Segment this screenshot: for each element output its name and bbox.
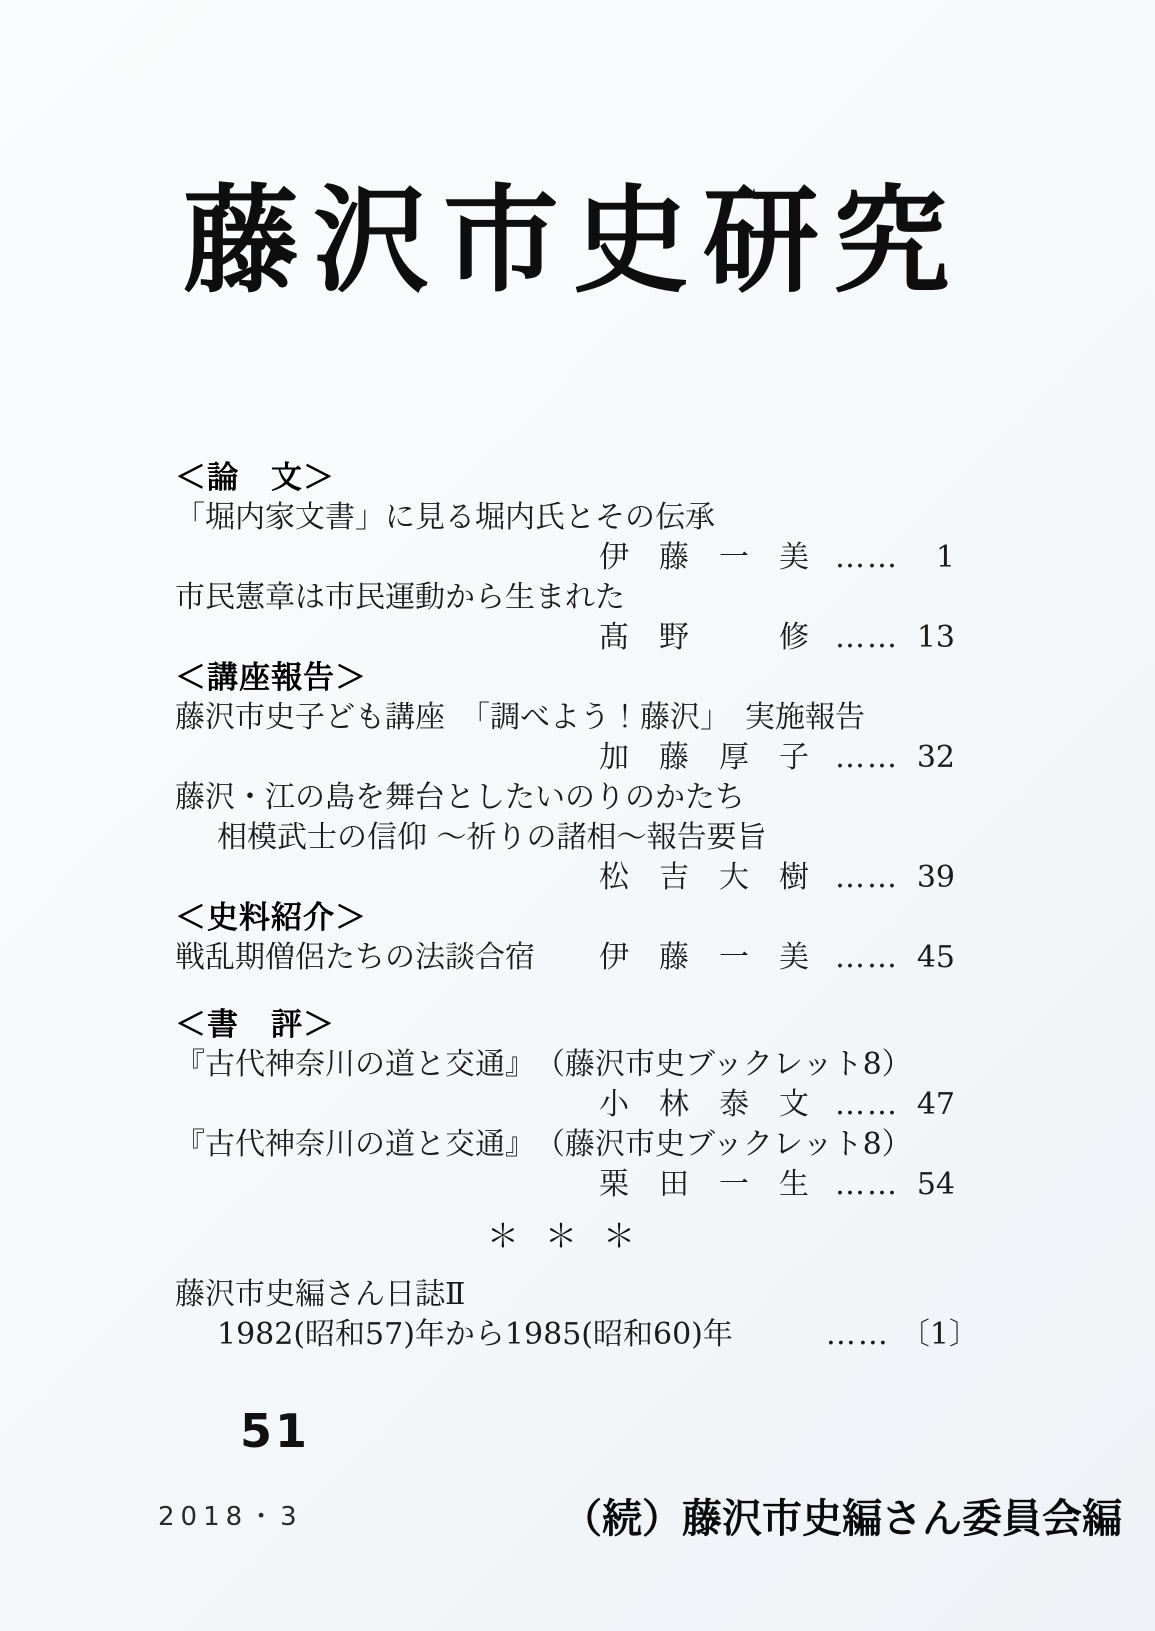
dot-leader: …… [835, 938, 899, 978]
dot-leader: …… [835, 618, 899, 658]
publisher-credit: （続）藤沢市史編さん委員会編 [562, 1487, 1122, 1544]
toc-entry-subtitle: 相模武士の信仰 ～祈りの諸相～報告要旨 [175, 818, 955, 858]
toc-entry-title: 『古代神奈川の道と交通』 （藤沢市史ブックレット8） [175, 1045, 955, 1085]
toc-entry-author-line: 松 吉 大 樹 …… 39 [175, 858, 955, 898]
dot-leader: …… [835, 738, 899, 778]
dot-leader: …… [835, 858, 899, 898]
page-number: 45 [909, 938, 955, 978]
author-name: 松 吉 大 樹 [599, 858, 809, 898]
author-name: 髙 野 修 [599, 618, 809, 658]
section-header-historical-materials: ＜史料紹介＞ [175, 898, 955, 938]
page-title: 藤沢市史研究 [183, 148, 963, 315]
separator-asterisks: ＊ ＊ ＊ [175, 1216, 955, 1256]
journal-cover-page: 藤沢市史研究 ＜論 文＞ 「堀内家文書」に見る堀内氏とその伝承 伊 藤 一 美 … [0, 0, 1155, 1631]
section-header-book-reviews: ＜書 評＞ [175, 1005, 955, 1045]
toc-entry-author-line: 小 林 泰 文 …… 47 [175, 1085, 955, 1125]
page-number: 〔1〕 [900, 1315, 979, 1355]
section-header-lecture-reports: ＜講座報告＞ [175, 658, 955, 698]
page-number: 54 [909, 1165, 955, 1205]
author-name: 伊 藤 一 美 [599, 538, 809, 578]
appendix-title: 藤沢市史編さん日誌Ⅱ [175, 1275, 955, 1315]
toc-entry-author-line: 加 藤 厚 子 …… 32 [175, 738, 955, 778]
issue-date: 2018・3 [158, 1496, 303, 1533]
dot-leader: …… [835, 538, 899, 578]
toc-entry-title: 藤沢・江の島を舞台としたいのりのかたち [175, 778, 955, 818]
issue-number: 51 [240, 1404, 310, 1458]
section-header-articles: ＜論 文＞ [175, 458, 955, 498]
dot-leader: …… [835, 1085, 899, 1125]
page-number: 13 [909, 618, 955, 658]
toc-entry-inline: 戦乱期僧侶たちの法談合宿 伊 藤 一 美 …… 45 [175, 938, 955, 978]
toc-entry-author-line: 髙 野 修 …… 13 [175, 618, 955, 658]
page-number: 1 [909, 538, 955, 578]
page-number: 32 [909, 738, 955, 778]
author-name: 小 林 泰 文 [599, 1085, 809, 1125]
toc-entry-title: 戦乱期僧侶たちの法談合宿 [175, 938, 599, 978]
page-number: 47 [909, 1085, 955, 1125]
page-number: 39 [909, 858, 955, 898]
author-name: 伊 藤 一 美 [599, 938, 809, 978]
table-of-contents: ＜論 文＞ 「堀内家文書」に見る堀内氏とその伝承 伊 藤 一 美 …… 1 市民… [175, 458, 955, 1355]
toc-entry-author-line: 栗 田 一 生 …… 54 [175, 1165, 955, 1205]
dot-leader: …… [835, 1165, 899, 1205]
toc-entry-title: 『古代神奈川の道と交通』 （藤沢市史ブックレット8） [175, 1125, 955, 1165]
toc-entry-title: 「堀内家文書」に見る堀内氏とその伝承 [175, 498, 955, 538]
appendix-line: 1982(昭和57)年から1985(昭和60)年 …… 〔1〕 [175, 1315, 955, 1355]
toc-entry-title: 市民憲章は市民運動から生まれた [175, 578, 955, 618]
toc-entry-author-line: 伊 藤 一 美 …… 1 [175, 538, 955, 578]
author-name: 栗 田 一 生 [599, 1165, 809, 1205]
appendix-subtitle: 1982(昭和57)年から1985(昭和60)年 [175, 1315, 800, 1355]
dot-leader: …… [826, 1315, 890, 1355]
author-name: 加 藤 厚 子 [599, 738, 809, 778]
toc-entry-title: 藤沢市史子ども講座 「調べよう！藤沢」 実施報告 [175, 698, 955, 738]
